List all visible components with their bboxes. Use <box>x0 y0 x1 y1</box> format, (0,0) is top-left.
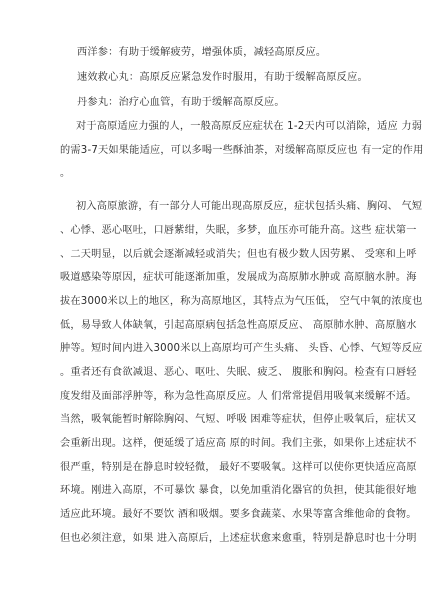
paragraph-symptoms-line-3: 、二天明显，以后就会逐渐减轻或消失；但也有极少数人因劳累、 受寒和上呼 <box>60 248 417 262</box>
paragraph-symptoms-line-15: 但也必须注意，如果 进入高原后，上述症状愈来愈重，特别是静息时也十分明 <box>60 532 417 546</box>
document-page: 西洋参：有助于缓解疲劳，增强体质，减轻高原反应。 速效救心丸：高原反应紧急发作时… <box>0 0 423 600</box>
paragraph-symptoms-line-12: 很严重，特别是在静息时较轻微， 最好不要吸氧。这样可以使你更快适应高原 <box>60 461 417 475</box>
paragraph-symptoms-line-13: 环境。刚进入高原，不可暴饮 暴食，以免加重消化器官的负担，使其能很好地 <box>60 484 417 498</box>
paragraph-symptoms-line-11: 会重新出现。这样，便延缓了适应高 原的时间。我们主张，如果你上述症状不 <box>60 437 417 451</box>
remedy-danshenwan: 丹参丸：治疗心血管，有助于缓解高原反应。 <box>77 96 285 110</box>
paragraph-symptoms-line-7: 肿等。短时间内进入3000米以上高原均可产生头痛、 头昏、心悸、气短等反应 <box>60 342 423 356</box>
paragraph-adaptation-line-2: 的需3-7天如果能适应，可以多喝一些酥油茶，对缓解高原反应也 有一定的作用 <box>60 144 423 158</box>
paragraph-symptoms-line-4: 吸道感染等原因，症状可能逐渐加重，发展成为高原肺水肿或 高原脑水肿。海 <box>60 271 417 285</box>
paragraph-symptoms-line-14: 适应此环境。最好不要饮 酒和吸烟。要多食蔬菜、水果等富含维他命的食物。 <box>60 508 417 522</box>
remedy-suxiao-jiuxinwan: 速效救心丸：高原反应紧急发作时服用，有助于缓解高原反应。 <box>77 71 368 85</box>
paragraph-symptoms-line-2: 、心悸、恶心呕吐，口唇紫绀，失眠，多梦，血压亦可能升高。这些 症状第一 <box>60 224 417 238</box>
remedy-xiyangshen: 西洋参：有助于缓解疲劳，增强体质，减轻高原反应。 <box>77 46 326 60</box>
paragraph-adaptation-line-3: 。 <box>60 167 70 181</box>
paragraph-symptoms-line-9: 度发绀及面部浮肿等，称为急性高原反应。人 们常常提倡用吸氧来缓解不适。 <box>60 390 417 404</box>
paragraph-symptoms-line-8: 。重者还有食欲减退、恶心、呕吐、失眠、疲乏、 腹胀和胸闷。检查有口唇轻 <box>60 366 417 380</box>
paragraph-adaptation-line-1: 对于高原适应力强的人，一般高原反应症状在 1-2天内可以消除，适应 力弱 <box>76 120 422 134</box>
paragraph-symptoms-line-5: 拔在3000米以上的地区，称为高原地区，其特点为气压低， 空气中氧的浓度也 <box>60 295 423 309</box>
paragraph-symptoms-line-6: 低，易导致人体缺氧，引起高原病包括急性高原反应、 高原肺水肿、高原脑水 <box>60 319 417 333</box>
paragraph-symptoms-line-10: 当然，吸氧能暂时解除胸闷、气短、呼吸 困难等症状，但停止吸氧后，症状又 <box>60 413 417 427</box>
paragraph-symptoms-line-1: 初入高原旅游，有一部分人可能出现高原反应，症状包括头痛、胸闷、 气短 <box>76 200 422 214</box>
